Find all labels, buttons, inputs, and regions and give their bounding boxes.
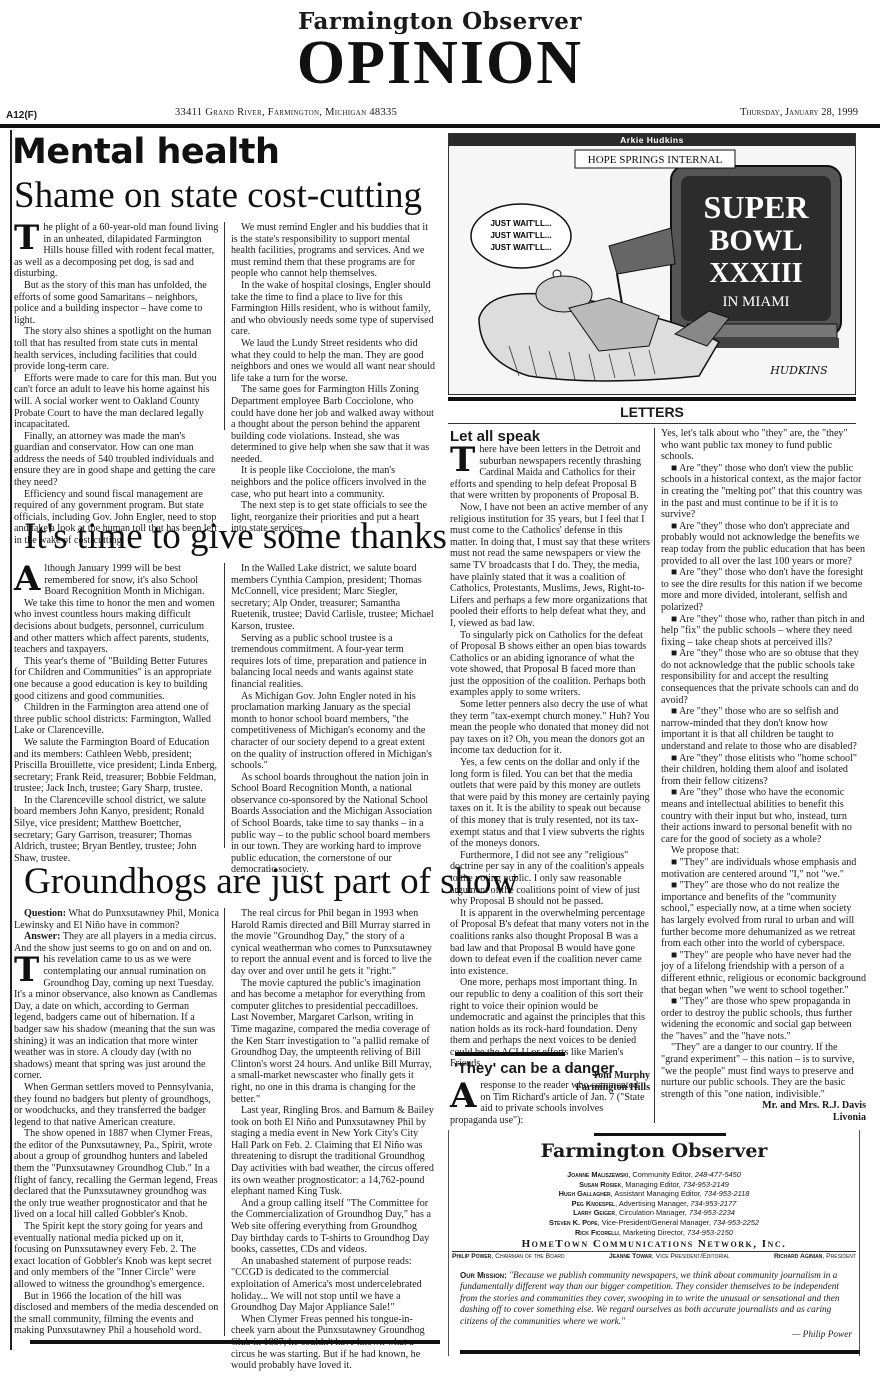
staff-box-paper-name: Farmington Observer: [448, 1140, 860, 1162]
svg-text:SUPER: SUPER: [704, 189, 810, 225]
paragraph: "They" are a danger to our country. If t…: [661, 1042, 866, 1100]
cartoonist-bar: Arkie Hudkins: [449, 134, 855, 146]
paragraph: Some letter penners also decry the use o…: [450, 699, 650, 757]
issue-date: Thursday, January 28, 1999: [740, 107, 858, 118]
paragraph: Finally, an attorney was made the man's …: [14, 431, 219, 489]
paragraph: It is apparent in the overwhelming perce…: [450, 908, 650, 978]
dropcap: T: [14, 955, 39, 985]
bullet-paragraph: ■ Are "they" those elitists who "home sc…: [661, 753, 866, 788]
dropcap: A: [14, 564, 40, 594]
paragraph: When German settlers moved to Pennsylvan…: [14, 1082, 219, 1128]
paragraph: It is people like Cocciolone, the man's …: [231, 465, 436, 500]
paragraph: The show opened in 1887 when Clymer Frea…: [14, 1128, 219, 1221]
letter-2-signature-place: Livonia: [661, 1112, 866, 1124]
bullet-paragraph: ■ Are "they" those who are so selfish an…: [661, 706, 866, 752]
paragraph: To singularly pick on Catholics for the …: [450, 630, 650, 700]
svg-text:JUST WAIT'LL...: JUST WAIT'LL...: [490, 219, 551, 228]
bullet-paragraph: ■ "They" are those who do not realize th…: [661, 880, 866, 950]
svg-text:HOPE SPRINGS INTERNAL: HOPE SPRINGS INTERNAL: [588, 154, 723, 166]
letter-1-body: There have been letters in the Detroit a…: [450, 444, 650, 1093]
dropcap: T: [14, 223, 39, 253]
letter-2-signature-name: Mr. and Mrs. R.J. Davis: [661, 1100, 866, 1112]
svg-text:JUST WAIT'LL...: JUST WAIT'LL...: [490, 231, 551, 240]
paragraph: Now, I have not been an active member of…: [450, 502, 650, 630]
paragraph: Serving as a public school trustee is a …: [231, 633, 436, 691]
paragraph: We propose that:: [661, 845, 866, 857]
paragraph: As Michigan Gov. John Engler noted in hi…: [231, 691, 436, 772]
mission-text: "Because we publish community newspapers…: [460, 1271, 840, 1327]
staff-row: Hugh Gallagher, Assistant Managing Edito…: [448, 1189, 860, 1199]
svg-text:JUST WAIT'LL...: JUST WAIT'LL...: [490, 243, 551, 252]
paragraph: The Spirit kept the story going for year…: [14, 1221, 219, 1291]
executives: Philip Power, Chairman of the Board Jean…: [452, 1251, 856, 1260]
paragraph: here have been letters in the Detroit an…: [450, 444, 641, 501]
section-title: OPINION: [0, 32, 880, 94]
bullet-paragraph: ■ Are "they" those who don't have the fo…: [661, 567, 866, 613]
paragraph: The same goes for Farmington Hills Zonin…: [231, 384, 436, 465]
editorial-3-col-2: The real circus for Phil began in 1993 w…: [224, 908, 436, 1336]
editorial-1-col-2: We must remind Engler and his buddies th…: [224, 222, 436, 430]
paragraph: Children in the Farmington area attend o…: [14, 702, 219, 737]
bullet-paragraph: ■ "They" are individuals whose emphasis …: [661, 857, 866, 880]
paragraph: And a group calling itself "The Committe…: [231, 1198, 436, 1256]
editorial-3-col-1: Question: What do Punxsutawney Phil, Mon…: [14, 908, 219, 1337]
paragraph: his revelation came to us as we were con…: [14, 954, 217, 1081]
address: 33411 Grand River, Farmington, Michigan …: [175, 107, 397, 118]
paragraph: The story also shines a spotlight on the…: [14, 326, 219, 372]
bullet-paragraph: ■ Are "they" those who don't view the pu…: [661, 463, 866, 521]
paragraph: Furthermore, I did not see any "religiou…: [450, 850, 650, 908]
headline-shame-on-state: Shame on state cost-cutting: [14, 176, 422, 216]
bottom-rule: [30, 1340, 440, 1344]
bullet-paragraph: ■ Are "they" those who are so obtuse tha…: [661, 648, 866, 706]
paragraph: The real circus for Phil began in 1993 w…: [231, 908, 436, 978]
executive: Jeanne Towar, Vice President/Editorial: [609, 1253, 730, 1260]
paragraph: Yes, let's talk about who "they" are, th…: [661, 428, 866, 463]
paragraph: But as the story of this man has unfolde…: [14, 280, 219, 326]
svg-text:HUDKINS: HUDKINS: [769, 364, 828, 377]
staff-box-rule: [594, 1133, 726, 1136]
letter-2-body: Yes, let's talk about who "they" are, th…: [654, 428, 866, 1123]
letter-2-title: 'They' can be a danger: [454, 1060, 615, 1077]
top-rule: [0, 124, 880, 128]
editorial-cartoon: Arkie Hudkins SUPER BOWL XXXIII IN MIAMI…: [448, 133, 856, 395]
dropcap: A: [450, 1081, 476, 1111]
mission-label: Our Mission:: [460, 1271, 507, 1280]
cartoon-drawing-icon: SUPER BOWL XXXIII IN MIAMI HOPE SPRINGS …: [449, 146, 855, 394]
svg-text:XXXIII: XXXIII: [709, 258, 802, 289]
paragraph: We take this time to honor the men and w…: [14, 598, 219, 656]
letters-header: LETTERS: [448, 397, 856, 424]
svg-text:IN MIAMI: IN MIAMI: [722, 294, 789, 310]
paragraph: In the Clarenceville school district, we…: [14, 795, 219, 865]
bullet-paragraph: ■ Are "they" those who, rather than pitc…: [661, 614, 866, 649]
bullet-paragraph: ■ Are "they" those who have the economic…: [661, 787, 866, 845]
paragraph: response to the reader who commented on …: [450, 1080, 644, 1126]
paragraph: Yes, a few cents on the dollar and only …: [450, 757, 650, 850]
staff-row: Rick Ficorelli, Marketing Director, 734-…: [448, 1228, 860, 1238]
paragraph: This year's theme of "Building Better Fu…: [14, 656, 219, 702]
staff-row: Larry Geiger, Circulation Manager, 734-9…: [448, 1208, 860, 1218]
mission-author: — Philip Power: [792, 1330, 852, 1340]
paragraph: In the wake of hospital closings, Engler…: [231, 280, 436, 338]
editorial-1-col-1: The plight of a 60-year-old man found li…: [14, 222, 219, 547]
staff-row: Joanne Maliszewski, Community Editor, 24…: [448, 1170, 860, 1180]
paragraph: Last year, Ringling Bros. and Barnum & B…: [231, 1105, 436, 1198]
bullet-paragraph: ■ "They" are people who have never had t…: [661, 950, 866, 996]
bullet-paragraph: ■ "They" are those who spew propaganda i…: [661, 996, 866, 1042]
paragraph: The movie captured the public's imaginat…: [231, 978, 436, 1106]
company-name: HomeTown Communications Network, Inc.: [448, 1238, 860, 1250]
answer-label: Answer:: [24, 931, 60, 942]
paragraph: An unabashed statement of purpose reads:…: [231, 1256, 436, 1314]
question-label: Question:: [24, 908, 66, 919]
paragraph: But in 1966 the location of the hill was…: [14, 1291, 219, 1337]
executive: Richard Aginian, President: [774, 1253, 856, 1260]
bullet-paragraph: ■ Are "they" those who don't appreciate …: [661, 521, 866, 567]
editorial-2-col-2: In the Walled Lake district, we salute b…: [224, 563, 436, 848]
letter-2-intro: A response to the reader who commented o…: [450, 1080, 650, 1126]
letter-2-rule: [455, 1052, 565, 1056]
paragraph: We laud the Lundy Street residents who d…: [231, 338, 436, 384]
headline-groundhogs: Groundhogs are just part of show: [24, 862, 518, 902]
paragraph: One more, perhaps most important thing. …: [450, 977, 650, 1070]
executive: Philip Power, Chairman of the Board: [452, 1253, 565, 1260]
staff-list: Joanne Maliszewski, Community Editor, 24…: [448, 1170, 860, 1237]
dropcap: T: [450, 445, 475, 475]
paragraph: Efforts were made to care for this man. …: [14, 373, 219, 431]
cartoon-illustration: SUPER BOWL XXXIII IN MIAMI HOPE SPRINGS …: [449, 146, 855, 394]
staff-row: Steven K. Pope, Vice-President/General M…: [448, 1218, 860, 1228]
masthead: Farmington Observer OPINION: [0, 0, 880, 100]
paragraph: In the Walled Lake district, we salute b…: [231, 563, 436, 633]
staff-row: Peg Knoespel, Advertising Manager, 734-9…: [448, 1199, 860, 1209]
headline-time-to-give-thanks: It's time to give some thanks: [24, 517, 447, 557]
staff-box-bottom-rule: [460, 1350, 860, 1354]
svg-text:BOWL: BOWL: [709, 224, 802, 257]
editorial-2-col-1: Although January 1999 will be best remem…: [14, 563, 219, 864]
page-number: A12(F): [6, 110, 37, 121]
paragraph: he plight of a 60-year-old man found liv…: [14, 222, 218, 279]
paragraph: We salute the Farmington Board of Educat…: [14, 737, 219, 795]
paragraph: We must remind Engler and his buddies th…: [231, 222, 436, 280]
mission-statement: Our Mission: "Because we publish communi…: [460, 1270, 854, 1328]
staff-row: Susan Rosiek, Managing Editor, 734-953-2…: [448, 1180, 860, 1190]
paragraph: lthough January 1999 will be best rememb…: [44, 563, 204, 597]
kicker-mental-health: Mental health: [12, 134, 279, 170]
